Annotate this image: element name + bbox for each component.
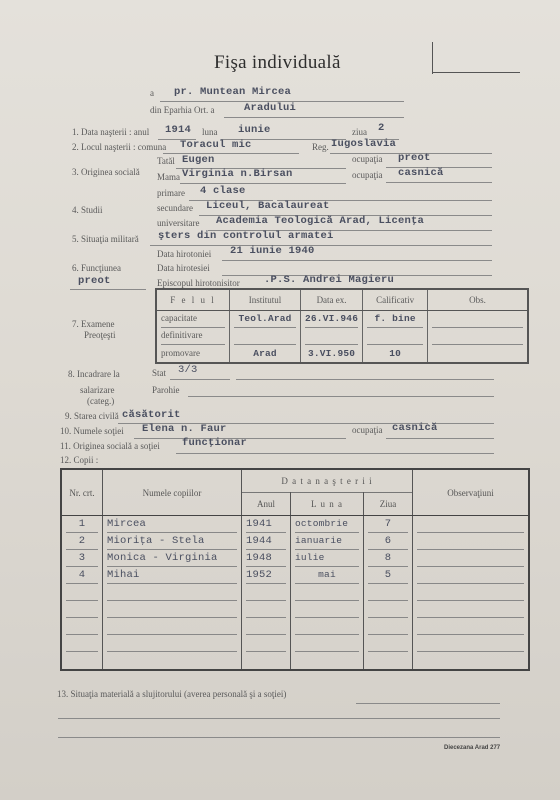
secondary-studies[interactable]: Liceul, Bacalaureat bbox=[206, 200, 330, 212]
material-line bbox=[356, 703, 500, 704]
birth-commune[interactable]: Toracul mic bbox=[180, 139, 252, 151]
father-occupation-label: ocupaţia bbox=[352, 154, 383, 164]
salary-label-3: (categ.) bbox=[87, 396, 114, 406]
exam-type: promovare bbox=[161, 348, 225, 362]
exam-date[interactable]: 26.VI.946 bbox=[305, 313, 358, 328]
child-name[interactable] bbox=[107, 586, 237, 601]
col-calificativ: Calificativ bbox=[363, 289, 428, 311]
military-label: 5. Situaţia militară bbox=[72, 234, 139, 244]
exam-row: definitivare bbox=[156, 328, 528, 345]
child-row: 2 Mioriţa - Stela 1944 ianuarie 6 bbox=[61, 533, 529, 550]
child-row: 1 Mircea 1941 octombrie 7 bbox=[61, 516, 529, 534]
child-month[interactable]: iulie bbox=[295, 552, 359, 567]
col-obs: Obs. bbox=[428, 289, 528, 311]
military-status[interactable]: şters din controlul armatei bbox=[158, 230, 334, 242]
child-obs[interactable] bbox=[417, 637, 524, 652]
wife-occupation-label: ocupaţia bbox=[352, 425, 383, 435]
eparhia-value[interactable]: Aradului bbox=[244, 102, 296, 114]
child-year[interactable]: 1941 bbox=[246, 518, 286, 533]
function-label: 6. Funcţiunea bbox=[72, 263, 121, 273]
child-nr bbox=[66, 637, 98, 652]
exam-date[interactable] bbox=[305, 330, 358, 345]
col-felul: F e l u l bbox=[156, 289, 230, 311]
child-year[interactable] bbox=[246, 637, 286, 652]
col-data-ex: Data ex. bbox=[301, 289, 363, 311]
corner-mark bbox=[432, 42, 433, 74]
eparhia-line bbox=[224, 117, 404, 118]
exam-row: capacitate Teol.Arad 26.VI.946 f. bine bbox=[156, 311, 528, 329]
birth-day[interactable]: 2 bbox=[378, 122, 385, 134]
stat-line-2 bbox=[236, 379, 494, 380]
mother-line bbox=[180, 183, 346, 184]
children-table: Nr. crt. Numele copiilor D a t a n a ş t… bbox=[60, 468, 530, 671]
col-month: L u n a bbox=[291, 493, 364, 516]
wife-origin-line bbox=[176, 453, 494, 454]
col-day: Ziua bbox=[364, 493, 413, 516]
exam-institute[interactable] bbox=[234, 330, 296, 345]
col-institutul: Institutul bbox=[230, 289, 301, 311]
child-name[interactable]: Mircea bbox=[107, 518, 237, 533]
exam-institute[interactable]: Teol.Arad bbox=[234, 313, 296, 328]
child-month[interactable]: ianuarie bbox=[295, 535, 359, 550]
mother-occ-line bbox=[386, 182, 492, 183]
child-nr: 2 bbox=[66, 535, 98, 550]
child-obs[interactable] bbox=[417, 552, 524, 567]
social-origin-label: 3. Originea socială bbox=[72, 167, 140, 177]
exam-obs[interactable] bbox=[432, 330, 523, 345]
ordination-label: Data hirotoniei bbox=[157, 249, 211, 259]
child-day[interactable]: 6 bbox=[368, 535, 408, 550]
document-page: Fişa individuală a pr. Muntean Mircea di… bbox=[0, 0, 560, 800]
civil-status-line-2 bbox=[432, 423, 494, 424]
child-year[interactable]: 1952 bbox=[246, 569, 286, 584]
material-label: 13. Situaţia materială a slujitorului (a… bbox=[57, 689, 286, 699]
exam-type: capacitate bbox=[161, 313, 225, 328]
wife-occupation[interactable]: casnică bbox=[392, 422, 438, 434]
wife-origin-value[interactable]: funcţionar bbox=[182, 437, 247, 449]
birth-month[interactable]: iunie bbox=[238, 124, 271, 136]
stat-line bbox=[170, 379, 230, 380]
exams-table: F e l u l Institutul Data ex. Calificati… bbox=[155, 288, 529, 364]
child-obs[interactable] bbox=[417, 603, 524, 618]
ordination-date[interactable]: 21 iunie 1940 bbox=[230, 245, 315, 257]
child-day[interactable]: 7 bbox=[368, 518, 408, 533]
ordination-line bbox=[222, 260, 492, 261]
birth-date-label: 1. Data naşterii : anul bbox=[72, 127, 149, 137]
primary-studies[interactable]: 4 clase bbox=[200, 185, 246, 197]
child-day[interactable] bbox=[368, 637, 408, 652]
material-line-3 bbox=[58, 737, 500, 738]
col-observations: Observaţiuni bbox=[413, 469, 530, 516]
university-label: universitare bbox=[157, 218, 199, 228]
col-nr: Nr. crt. bbox=[61, 469, 103, 516]
child-month[interactable] bbox=[295, 620, 359, 635]
child-month[interactable] bbox=[295, 586, 359, 601]
child-day[interactable] bbox=[368, 586, 408, 601]
child-obs[interactable] bbox=[417, 569, 524, 584]
child-year[interactable] bbox=[246, 620, 286, 635]
function-line bbox=[70, 289, 146, 290]
exam-grade[interactable] bbox=[367, 330, 423, 345]
priest-name[interactable]: pr. Muntean Mircea bbox=[174, 86, 291, 98]
exam-grade[interactable]: 10 bbox=[367, 348, 423, 362]
exam-obs[interactable] bbox=[432, 348, 523, 362]
bishop-label: Episcopul hirotonisitor bbox=[157, 278, 240, 288]
child-month[interactable] bbox=[295, 603, 359, 618]
wife-name-label: 10. Numele soţiei bbox=[60, 426, 124, 436]
birth-region[interactable]: Iugoslavia bbox=[331, 138, 396, 150]
stat-label: Stat bbox=[152, 368, 166, 378]
mother-occupation[interactable]: casnică bbox=[398, 167, 444, 179]
child-day[interactable]: 8 bbox=[368, 552, 408, 567]
mother-occupation-label: ocupaţia bbox=[352, 170, 383, 180]
child-nr: 3 bbox=[66, 552, 98, 567]
mother-label: Mama bbox=[157, 172, 180, 182]
col-birth-date: D a t a n a ş t e r i i bbox=[242, 469, 413, 493]
birth-place-label: 2. Locul naşterii : comuna bbox=[72, 142, 166, 152]
eparhia-label: din Eparhia Ort. a bbox=[150, 105, 214, 115]
child-day[interactable] bbox=[368, 603, 408, 618]
day-label: ziua bbox=[352, 127, 367, 137]
corner-mark-line bbox=[432, 72, 520, 73]
material-line-2 bbox=[58, 718, 500, 719]
military-line bbox=[150, 245, 492, 246]
child-month[interactable]: octombrie bbox=[295, 518, 359, 533]
father-label: Tatăl bbox=[157, 156, 175, 166]
civil-status-value[interactable]: căsătorit bbox=[122, 409, 181, 421]
page-title: Fişa individuală bbox=[214, 52, 341, 74]
stat-value[interactable]: 3/3 bbox=[178, 364, 198, 376]
child-row-empty bbox=[61, 618, 529, 635]
exam-obs[interactable] bbox=[432, 313, 523, 328]
col-name: Numele copiilor bbox=[103, 469, 242, 516]
children-header-row: Nr. crt. Numele copiilor D a t a n a ş t… bbox=[61, 469, 529, 493]
child-obs[interactable] bbox=[417, 620, 524, 635]
bishop-name[interactable]: .P.S. Andrei Magieru bbox=[264, 274, 394, 286]
birth-year[interactable]: 1914 bbox=[165, 124, 191, 136]
child-year[interactable]: 1948 bbox=[246, 552, 286, 567]
exams-header-row: F e l u l Institutul Data ex. Calificati… bbox=[156, 289, 528, 311]
parish-line bbox=[188, 396, 494, 397]
wife-name[interactable]: Elena n. Faur bbox=[142, 423, 227, 435]
child-row: 3 Monica - Virginia 1948 iulie 8 bbox=[61, 550, 529, 567]
exam-row: promovare Arad 3.VI.950 10 bbox=[156, 345, 528, 363]
secondary-label: secundare bbox=[157, 203, 193, 213]
father-occupation[interactable]: preot bbox=[398, 152, 431, 164]
child-name[interactable] bbox=[107, 637, 237, 652]
wife-origin-label: 11. Originea socială a soţiei bbox=[60, 441, 160, 451]
child-year[interactable] bbox=[246, 586, 286, 601]
printer-mark: Diecezana Arad 277 bbox=[444, 745, 500, 751]
child-row-empty bbox=[61, 652, 529, 670]
child-year[interactable] bbox=[246, 603, 286, 618]
civil-status-label: 9. Starea civilă bbox=[65, 411, 119, 421]
university-studies[interactable]: Academia Teologică Arad, Licenţa bbox=[216, 215, 424, 227]
exam-type: definitivare bbox=[161, 330, 225, 345]
exams-label-2: Preoţeşti bbox=[84, 330, 116, 340]
child-nr bbox=[66, 620, 98, 635]
child-year[interactable]: 1944 bbox=[246, 535, 286, 550]
salary-label: 8. Incadrare la bbox=[68, 369, 120, 379]
region-label: Reg. bbox=[312, 142, 329, 152]
salary-label-2: salarizare bbox=[80, 385, 114, 395]
child-row: 4 Mihai 1952 mai 5 bbox=[61, 567, 529, 584]
child-name[interactable] bbox=[107, 603, 237, 618]
primary-label: primare bbox=[157, 188, 185, 198]
child-nr bbox=[66, 603, 98, 618]
child-row-empty bbox=[61, 601, 529, 618]
child-day[interactable]: 5 bbox=[368, 569, 408, 584]
studies-label: 4. Studii bbox=[72, 205, 103, 215]
children-label: 12. Copii : bbox=[60, 455, 98, 465]
exam-date[interactable]: 3.VI.950 bbox=[305, 348, 358, 362]
child-obs[interactable] bbox=[417, 586, 524, 601]
child-name[interactable] bbox=[107, 620, 237, 635]
child-name[interactable]: Mioriţa - Stela bbox=[107, 535, 237, 550]
a-label: a bbox=[150, 88, 154, 98]
child-nr: 4 bbox=[66, 569, 98, 584]
child-row-empty bbox=[61, 584, 529, 601]
child-day[interactable] bbox=[368, 620, 408, 635]
child-month[interactable]: mai bbox=[295, 569, 359, 584]
child-name[interactable]: Mihai bbox=[107, 569, 237, 584]
child-row-empty bbox=[61, 635, 529, 652]
father-name[interactable]: Eugen bbox=[182, 154, 215, 166]
child-obs[interactable] bbox=[417, 535, 524, 550]
wife-occ-line bbox=[386, 438, 494, 439]
child-obs[interactable] bbox=[417, 518, 524, 533]
mother-name[interactable]: Virginia n.Birsan bbox=[182, 168, 293, 180]
child-nr: 1 bbox=[66, 518, 98, 533]
exams-label: 7. Examene bbox=[72, 319, 114, 329]
month-label: luna bbox=[202, 127, 218, 137]
child-name[interactable]: Monica - Virginia bbox=[107, 552, 237, 567]
hirotesie-label: Data hirotesiei bbox=[157, 263, 210, 273]
child-month[interactable] bbox=[295, 637, 359, 652]
exam-grade[interactable]: f. bine bbox=[367, 313, 423, 328]
col-year: Anul bbox=[242, 493, 291, 516]
parish-label: Parohie bbox=[152, 385, 180, 395]
exam-institute[interactable]: Arad bbox=[234, 348, 296, 362]
child-nr bbox=[66, 586, 98, 601]
function-value[interactable]: preot bbox=[78, 275, 111, 287]
